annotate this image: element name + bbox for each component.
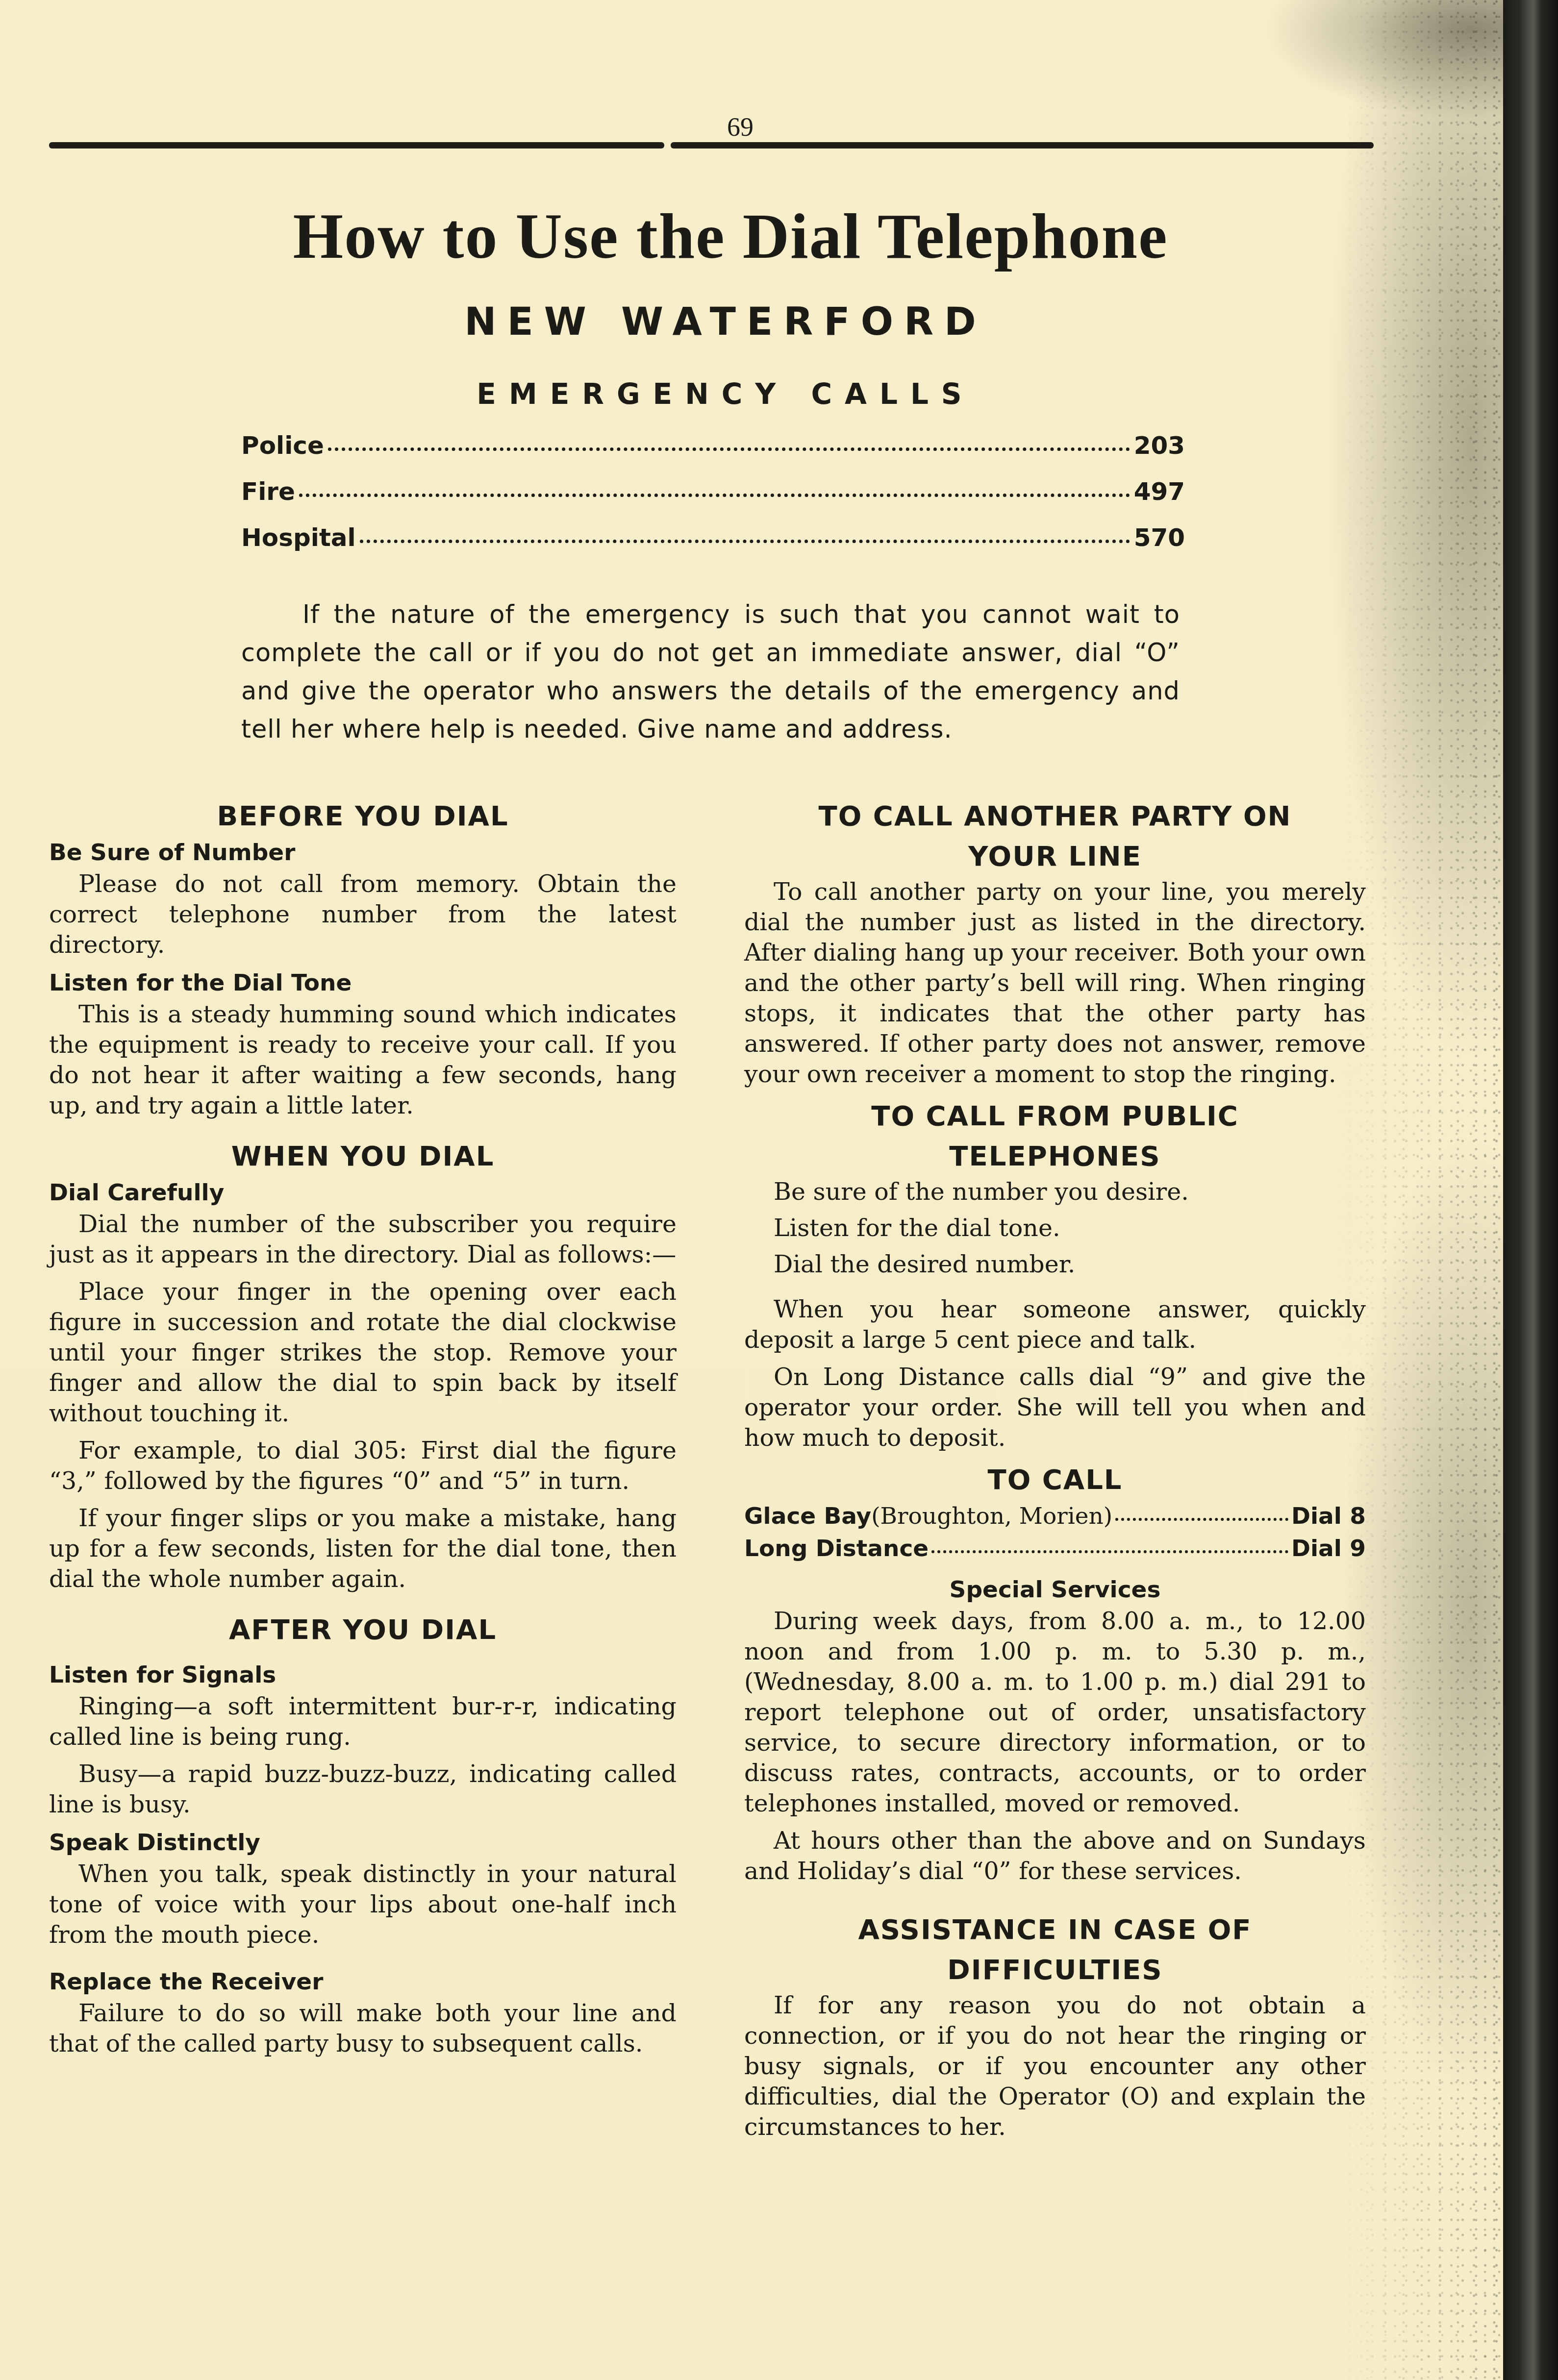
book-binding-edge [1503, 0, 1558, 2380]
heading-line: ASSISTANCE IN CASE OF [858, 1914, 1252, 1946]
section-heading-public-telephones: TO CALL FROM PUBLIC TELEPHONES [744, 1096, 1366, 1177]
emergency-number-list: Police 203 Fire 497 Hospital 570 [241, 431, 1185, 570]
paragraph: Place your finger in the opening over ea… [49, 1277, 677, 1429]
paragraph: When you hear someone answer, quickly de… [744, 1294, 1366, 1355]
emergency-row-police: Police 203 [241, 431, 1185, 477]
paragraph: Ringing—a soft intermittent bur-r-r, ind… [49, 1691, 677, 1752]
heading-line: TO CALL ANOTHER PARTY ON [819, 800, 1292, 832]
emergency-number: 497 [1134, 477, 1185, 506]
to-call-place: Glace Bay [744, 1500, 871, 1533]
paragraph: When you talk, speak distinctly in your … [49, 1859, 677, 1950]
paragraph: Please do not call from memory. Obtain t… [49, 869, 677, 960]
paragraph: This is a steady humming sound which ind… [49, 999, 677, 1121]
emergency-calls-heading: EMERGENCY CALLS [0, 377, 1451, 411]
public-phone-step: Be sure of the number you desire. [744, 1177, 1366, 1207]
dot-leader [299, 494, 1130, 497]
subheading-be-sure-of-number: Be Sure of Number [49, 837, 677, 869]
emergency-row-fire: Fire 497 [241, 477, 1185, 523]
subheading-listen-for-signals: Listen for Signals [49, 1659, 677, 1691]
page-number: 69 [721, 112, 760, 142]
subheading-special-services: Special Services [744, 1574, 1366, 1606]
emergency-label: Fire [241, 477, 295, 506]
paragraph: If for any reason you do not obtain a co… [744, 1990, 1366, 2142]
dot-leader [931, 1550, 1288, 1553]
subheading-dial-carefully: Dial Carefully [49, 1177, 677, 1209]
to-call-row-long-distance: Long Distance Dial 9 [744, 1533, 1366, 1565]
emergency-number: 570 [1134, 523, 1185, 552]
section-heading-to-call: TO CALL [744, 1460, 1366, 1500]
paragraph: Dial the number of the subscriber you re… [49, 1209, 677, 1270]
to-call-place: Long Distance [744, 1533, 929, 1565]
header-rule-left [49, 142, 664, 149]
paragraph: For example, to dial 305: First dial the… [49, 1436, 677, 1496]
dot-leader [360, 540, 1130, 543]
public-phone-step: Listen for the dial tone. [744, 1213, 1366, 1243]
city-heading: NEW WATERFORD [0, 300, 1451, 344]
subheading-listen-for-dial-tone: Listen for the Dial Tone [49, 967, 677, 999]
paragraph: Failure to do so will make both your lin… [49, 1998, 677, 2059]
dot-leader [1115, 1518, 1288, 1521]
paragraph: If your finger slips or you make a mista… [49, 1503, 677, 1594]
heading-line: TO CALL FROM PUBLIC [871, 1100, 1239, 1132]
heading-line: DIFFICULTIES [947, 1954, 1162, 1986]
subheading-speak-distinctly: Speak Distinctly [49, 1827, 677, 1859]
section-heading-party-line: TO CALL ANOTHER PARTY ON YOUR LINE [744, 796, 1366, 877]
left-column: BEFORE YOU DIAL Be Sure of Number Please… [49, 796, 677, 2066]
emergency-label: Hospital [241, 523, 356, 552]
header-rule-right [671, 142, 1374, 149]
section-heading-assistance: ASSISTANCE IN CASE OF DIFFICULTIES [744, 1910, 1366, 1990]
dot-leader [328, 447, 1130, 451]
to-call-dial: Dial 9 [1291, 1533, 1366, 1565]
emergency-instructions: If the nature of the emergency is such t… [241, 596, 1180, 749]
to-call-place-detail: (Broughton, Morien) [871, 1500, 1112, 1533]
paragraph: During week days, from 8.00 a. m., to 12… [744, 1606, 1366, 1819]
heading-line: TELEPHONES [949, 1140, 1160, 1172]
heading-line: YOUR LINE [968, 841, 1142, 872]
section-heading-after-you-dial: AFTER YOU DIAL [49, 1610, 677, 1650]
page-title: How to Use the Dial Telephone [287, 196, 1174, 273]
emergency-row-hospital: Hospital 570 [241, 523, 1185, 570]
section-heading-when-you-dial: WHEN YOU DIAL [49, 1137, 677, 1177]
subheading-replace-the-receiver: Replace the Receiver [49, 1966, 677, 1998]
to-call-row-glace-bay: Glace Bay (Broughton, Morien) Dial 8 [744, 1500, 1366, 1533]
to-call-dial: Dial 8 [1291, 1500, 1366, 1533]
title-block: How to Use the Dial Telephone [0, 196, 1461, 273]
paragraph: At hours other than the above and on Sun… [744, 1826, 1366, 1886]
emergency-number: 203 [1134, 431, 1185, 460]
paragraph: To call another party on your line, you … [744, 877, 1366, 1090]
paragraph: Busy—a rapid buzz-buzz-buzz, indicating … [49, 1759, 677, 1820]
emergency-label: Police [241, 431, 324, 460]
public-phone-step: Dial the desired number. [744, 1249, 1366, 1280]
right-column: TO CALL ANOTHER PARTY ON YOUR LINE To ca… [744, 796, 1366, 2149]
paragraph: On Long Distance calls dial “9” and give… [744, 1362, 1366, 1453]
section-heading-before-you-dial: BEFORE YOU DIAL [49, 796, 677, 837]
